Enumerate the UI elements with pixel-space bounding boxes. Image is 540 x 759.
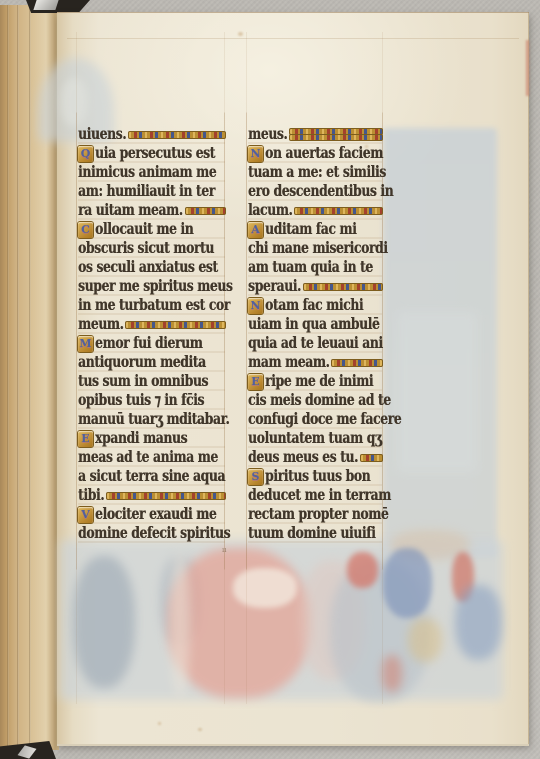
latin-text: meas ad te anima me: [78, 450, 218, 465]
gutter-crease: [29, 5, 31, 750]
latin-text: ripe me de inimi: [265, 374, 373, 389]
latin-text: xpandi manus: [95, 431, 187, 446]
line-filler-ornament: [107, 493, 225, 499]
latin-text: uiam in qua ambulē: [248, 317, 379, 332]
line-filler-ornament: [361, 455, 382, 461]
showthrough-blue-figure: [455, 585, 502, 660]
text-line: meus.: [248, 125, 382, 144]
text-line: Expandi manus: [78, 429, 225, 448]
stain: [198, 728, 202, 731]
text-line: deducet me in terram: [248, 486, 382, 505]
stain: [158, 722, 161, 725]
latin-text: mam meam.: [248, 355, 329, 370]
text-line: uoluntatem tuam qʒ: [248, 429, 382, 448]
ruling-line-vertical: [382, 32, 383, 704]
latin-text: antiquorum medita: [78, 355, 206, 370]
illuminated-initial: A: [248, 222, 263, 238]
latin-text: tibi.: [78, 488, 104, 503]
text-line: super me spiritus meus: [78, 277, 225, 296]
text-line: Quia persecutus est: [78, 144, 225, 163]
line-filler-ornament: [129, 132, 225, 138]
showthrough-white-strip: [170, 552, 190, 696]
text-line: uiam in qua ambulē: [248, 315, 382, 334]
text-line: am: humiliauit in ter: [78, 182, 225, 201]
line-filler-ornament: [295, 208, 382, 214]
illuminated-initial: Q: [78, 146, 93, 162]
illuminated-initial: N: [248, 298, 263, 314]
latin-text: confugi doce me facere: [248, 412, 401, 427]
text-line: cis meis domine ad te: [248, 391, 382, 410]
line-filler-ornament: [332, 360, 382, 366]
showthrough-gold-detail: [408, 618, 442, 662]
text-line: Non auertas faciem: [248, 144, 382, 163]
latin-text: a sicut terra sine aqua: [78, 469, 225, 484]
latin-text: os seculi anxiatus est: [78, 260, 218, 275]
showthrough-blue-figure: [383, 548, 432, 618]
latin-text: chi mane misericordi: [248, 241, 388, 256]
text-line: ra uitam meam.: [78, 201, 225, 220]
latin-text: on auertas faciem: [265, 146, 383, 161]
latin-text: ra uitam meam.: [78, 203, 183, 218]
line-filler-ornament: [290, 129, 382, 140]
ruling-line-horizontal: [67, 38, 519, 39]
latin-text: uditam fac mi: [265, 222, 356, 237]
text-line: Velociter exaudi me: [78, 505, 225, 524]
text-line: speraui.: [248, 277, 382, 296]
text-line: tibi.: [78, 486, 225, 505]
latin-text: uoluntatem tuam qʒ: [248, 431, 381, 446]
text-column-right: meus.Non auertas faciemtuam a me: et sim…: [248, 125, 382, 543]
text-line: Eripe me de inimi: [248, 372, 382, 391]
stain: [238, 32, 243, 36]
latin-text: tuum domine uiuifi: [248, 526, 375, 541]
latin-text: am: humiliauit in ter: [78, 184, 215, 199]
latin-text: meus.: [248, 127, 287, 142]
text-line: meum.: [78, 315, 225, 334]
latin-text: am tuam quia in te: [248, 260, 373, 275]
text-line: chi mane misericordi: [248, 239, 382, 258]
showthrough-red-spot: [347, 552, 378, 588]
showthrough-figure: [73, 556, 135, 688]
latin-text: emor fui dierum: [95, 336, 202, 351]
illuminated-initial: M: [78, 336, 93, 352]
latin-text: deducet me in terram: [248, 488, 391, 503]
text-line: manuū tuarʒ mditabar.: [78, 410, 225, 429]
photograph-background: uiuens.Quia persecutus estinimicus anima…: [0, 0, 540, 759]
illuminated-initial: S: [248, 469, 263, 485]
stand-clip-top-metal: [33, 0, 58, 10]
latin-text: piritus tuus bon: [265, 469, 370, 484]
illuminated-initial: E: [78, 431, 93, 447]
text-line: rectam propter nomē: [248, 505, 382, 524]
text-line: os seculi anxiatus est: [78, 258, 225, 277]
latin-text: quia ad te leuaui ani: [248, 336, 383, 351]
latin-text: manuū tuarʒ mditabar.: [78, 412, 229, 427]
latin-text: inimicus animam me: [78, 165, 216, 180]
text-line: domine defecit spiritus: [78, 524, 225, 543]
text-line: inimicus animam me: [78, 163, 225, 182]
latin-text: tus sum in omnibus: [78, 374, 208, 389]
illuminated-initial: E: [248, 374, 263, 390]
text-line: mam meam.: [248, 353, 382, 372]
latin-text: ollocauit me in: [95, 222, 193, 237]
showthrough-band-highlight: [397, 312, 477, 472]
latin-text: deus meus es tu.: [248, 450, 358, 465]
illuminated-initial: N: [248, 146, 263, 162]
latin-text: otam fac michi: [265, 298, 363, 313]
text-line: tuam a me: et similis: [248, 163, 382, 182]
latin-text: cis meis domine ad te: [248, 393, 391, 408]
showthrough-arch-figure: [61, 78, 87, 126]
latin-text: uiuens.: [78, 127, 126, 142]
latin-text: super me spiritus meus: [78, 279, 232, 294]
latin-text: tuam a me: et similis: [248, 165, 386, 180]
margin-mark: ıı: [222, 546, 226, 554]
showthrough-red-spot: [382, 655, 402, 692]
latin-text: opibus tuis ⁊ in fc̄is: [78, 393, 204, 408]
gutter-crease: [17, 5, 19, 750]
latin-text: in me turbatum est cor: [78, 298, 230, 313]
text-line: antiquorum medita: [78, 353, 225, 372]
latin-text: meum.: [78, 317, 123, 332]
text-line: lacum.: [248, 201, 382, 220]
manuscript-page: uiuens.Quia persecutus estinimicus anima…: [57, 12, 529, 744]
latin-text: ero descendentibus in: [248, 184, 393, 199]
showthrough-ermine-patch: [233, 568, 297, 608]
latin-text: obscuris sicut mortu: [78, 241, 214, 256]
text-line: a sicut terra sine aqua: [78, 467, 225, 486]
text-line: Spiritus tuus bon: [248, 467, 382, 486]
text-line: confugi doce me facere: [248, 410, 382, 429]
text-line: obscuris sicut mortu: [78, 239, 225, 258]
text-line: in me turbatum est cor: [78, 296, 225, 315]
ruling-line-vertical: [76, 32, 77, 704]
line-filler-ornament: [186, 208, 225, 214]
text-line: uiuens.: [78, 125, 225, 144]
text-line: deus meus es tu.: [248, 448, 382, 467]
line-filler-ornament: [304, 284, 382, 290]
gutter-crease: [7, 5, 9, 750]
text-line: ero descendentibus in: [248, 182, 382, 201]
ruling-line-vertical: [246, 32, 247, 704]
text-line: tuum domine uiuifi: [248, 524, 382, 543]
text-line: tus sum in omnibus: [78, 372, 225, 391]
text-line: meas ad te anima me: [78, 448, 225, 467]
text-line: Collocauit me in: [78, 220, 225, 239]
text-line: Notam fac michi: [248, 296, 382, 315]
text-line: Auditam fac mi: [248, 220, 382, 239]
line-filler-ornament: [126, 322, 225, 328]
illuminated-initial: C: [78, 222, 93, 238]
latin-text: uia persecutus est: [95, 146, 215, 161]
text-line: quia ad te leuaui ani: [248, 334, 382, 353]
latin-text: rectam propter nomē: [248, 507, 388, 522]
text-line: am tuam quia in te: [248, 258, 382, 277]
latin-text: domine defecit spiritus: [78, 526, 230, 541]
text-line: Memor fui dierum: [78, 334, 225, 353]
illuminated-initial: V: [78, 507, 93, 523]
latin-text: speraui.: [248, 279, 301, 294]
text-line: opibus tuis ⁊ in fc̄is: [78, 391, 225, 410]
latin-text: elociter exaudi me: [95, 507, 216, 522]
text-column-left: uiuens.Quia persecutus estinimicus anima…: [78, 125, 225, 543]
page-edge-red-tint: [526, 40, 529, 96]
latin-text: lacum.: [248, 203, 292, 218]
